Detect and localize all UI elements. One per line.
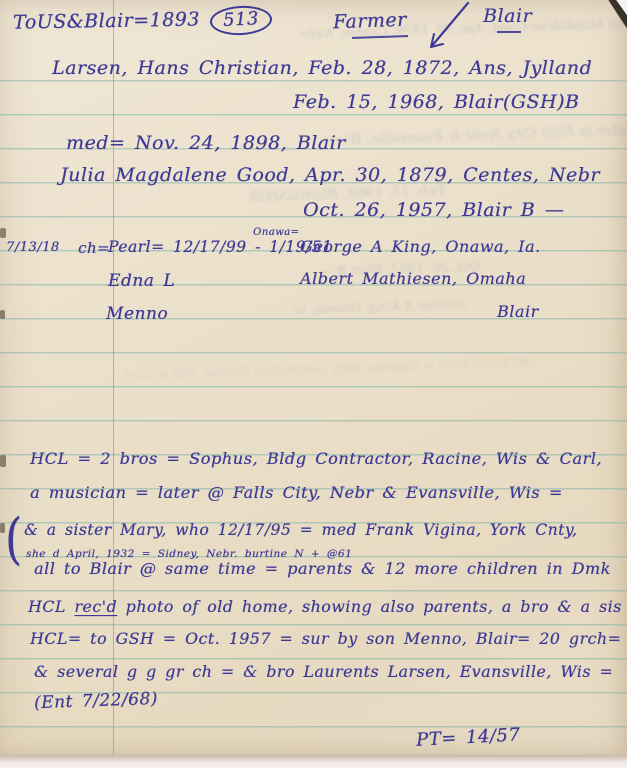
spouse-death-line: Oct. 26, 1957, Blair B — bbox=[303, 199, 564, 221]
child-spouse: Blair bbox=[497, 302, 539, 321]
arrow-mark bbox=[408, 0, 472, 58]
note-photo-underlined: rec'd bbox=[74, 597, 117, 616]
spouse-name-birth-line: Julia Magdalene Good, Apr. 30, 1879, Cen… bbox=[60, 164, 600, 186]
record-number-badge: 513 bbox=[210, 6, 272, 35]
note-photo-line: HCL rec'd photo of old home, showing als… bbox=[28, 597, 627, 616]
scan-bottom-edge bbox=[0, 755, 627, 768]
paper-speck bbox=[0, 455, 6, 467]
paper-speck bbox=[0, 523, 5, 533]
child-name: Pearl= 12/17/99 - 1/19/51 bbox=[108, 238, 332, 256]
occupation-label: Farmer bbox=[333, 9, 407, 34]
scanned-ledger-page: Julia Magdalene Good, Apr. 30, 1879, Cen… bbox=[0, 0, 627, 768]
marriage-line: med= Nov. 24, 1898, Blair bbox=[66, 132, 346, 154]
child-name: Edna L bbox=[108, 271, 175, 291]
child-spouse: George A King, Onawa, Ia. bbox=[300, 237, 541, 256]
child-name: Menno bbox=[106, 304, 168, 324]
note-descendants-line: & several g g gr ch = & bro Laurents Lar… bbox=[34, 662, 613, 681]
note-photo-post: photo of old home, showing also parents,… bbox=[117, 597, 627, 616]
child-note-above: Onawa= bbox=[253, 227, 300, 238]
note-gsh-line: HCL= to GSH = Oct. 1957 = sur by son Men… bbox=[30, 629, 627, 648]
subject-death-line: Feb. 15, 1968, Blair(GSH)B bbox=[293, 91, 579, 113]
children-date-note: 7/13/18 bbox=[6, 240, 60, 255]
town-underline bbox=[497, 31, 521, 33]
paper-speck bbox=[0, 310, 5, 319]
note-sister-line: & a sister Mary, who 12/17/95 = med Fran… bbox=[24, 521, 577, 539]
paper-speck bbox=[0, 228, 6, 238]
note-musician-line: a musician = later @ Falls City, Nebr & … bbox=[30, 483, 563, 502]
note-brothers-line: HCL = 2 bros = Sophus, Bldg Contractor, … bbox=[30, 449, 602, 468]
note-photo-pre: HCL bbox=[28, 597, 74, 616]
child-spouse: Albert Mathiesen, Omaha bbox=[300, 269, 526, 288]
note-family-arrival-line: all to Blair @ same time = parents & 12 … bbox=[34, 559, 611, 578]
town-label: Blair bbox=[483, 5, 532, 27]
record-number: 513 bbox=[209, 4, 272, 36]
children-label: ch= bbox=[78, 239, 110, 257]
immigration-note: ToUS&Blair=1893 bbox=[13, 8, 200, 33]
subject-name-birth-line: Larsen, Hans Christian, Feb. 28, 1872, A… bbox=[52, 57, 592, 79]
note-brace: ( bbox=[5, 508, 22, 572]
